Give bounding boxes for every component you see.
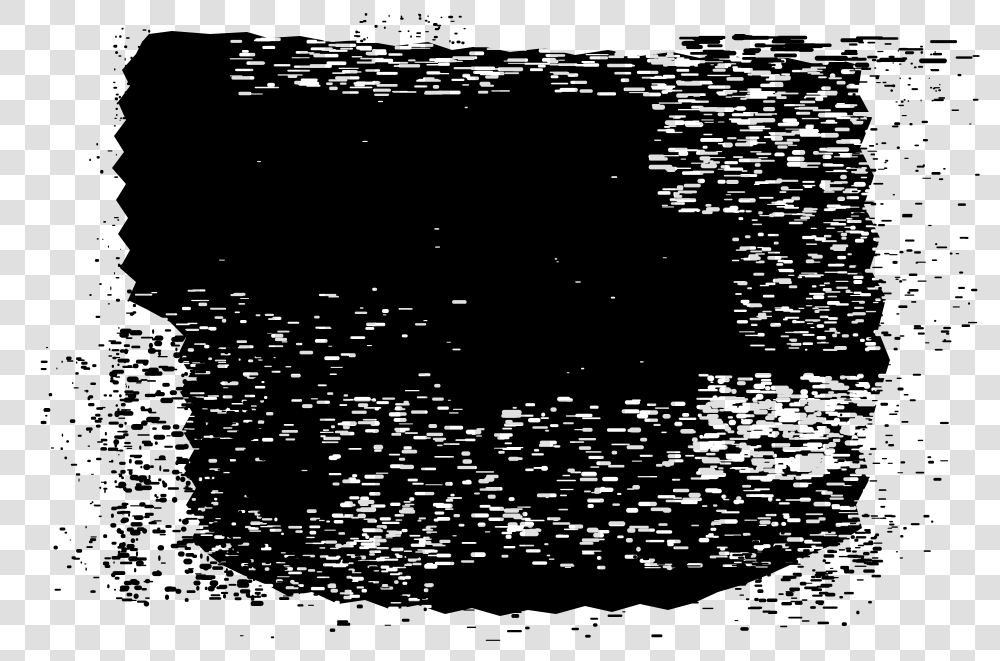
grunge-brush-stroke-graphic bbox=[0, 0, 1000, 661]
transparency-checkerboard-canvas bbox=[0, 0, 1000, 661]
brush-stroke-ink bbox=[0, 0, 1000, 661]
